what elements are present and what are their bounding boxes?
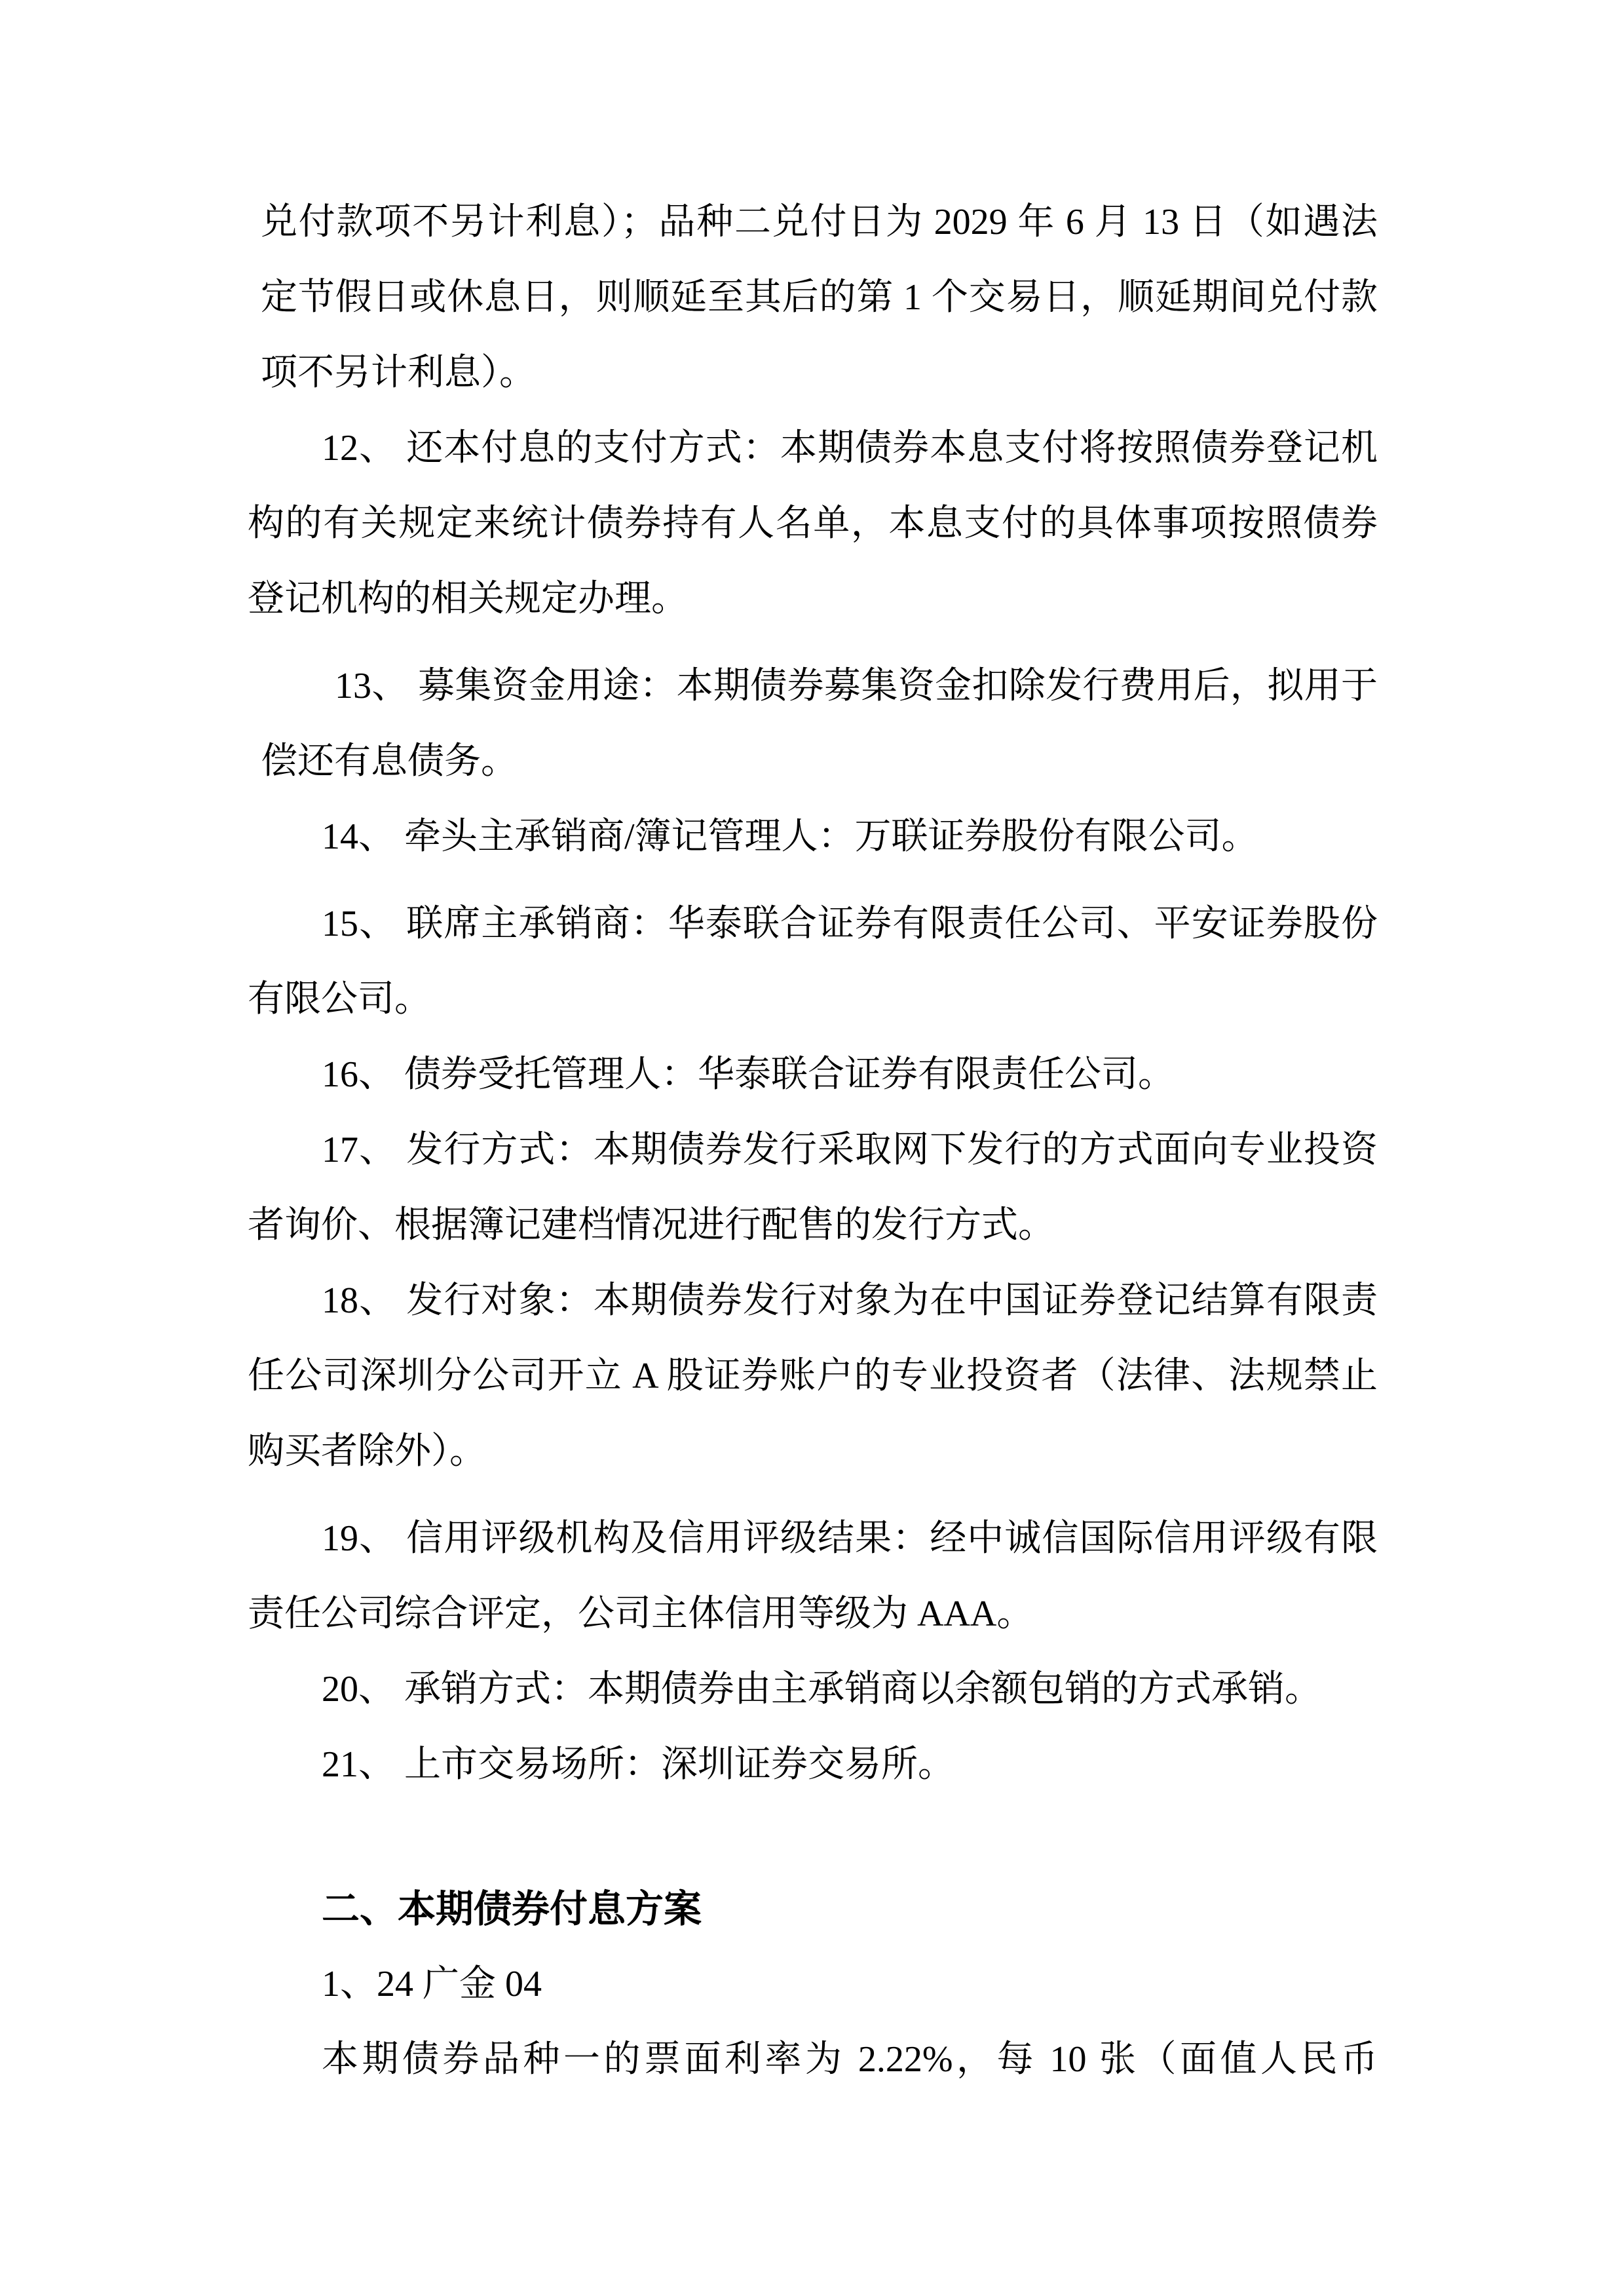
para-continuation: 兑付款项不另计利息）；品种二兑付日为 2029 年 6 月 13 日（如遇法定节… bbox=[248, 185, 1378, 411]
para-item-21: 21、 上市交易场所：深圳证券交易所。 bbox=[248, 1727, 1378, 1803]
para-sub-item-1: 1、24 广金 04 bbox=[248, 1947, 1378, 2022]
para-item-15: 15、 联席主承销商：华泰联合证券有限责任公司、平安证券股份有限公司。 bbox=[248, 887, 1378, 1037]
para-coupon-rate: 本期债券品种一的票面利率为 2.22%，每 10 张（面值人民币 bbox=[248, 2022, 1378, 2097]
para-item-20: 20、 承销方式：本期债券由主承销商以余额包销的方式承销。 bbox=[248, 1652, 1378, 1727]
para-item-17: 17、 发行方式：本期债券发行采取网下发行的方式面向专业投资者询价、根据簿记建档… bbox=[248, 1113, 1378, 1263]
para-item-12: 12、 还本付息的支付方式：本期债券本息支付将按照债券登记机构的有关规定来统计债… bbox=[248, 411, 1378, 637]
para-item-14: 14、 牵头主承销商/簿记管理人：万联证券股份有限公司。 bbox=[248, 799, 1378, 875]
para-item-13: 13、 募集资金用途：本期债券募集资金扣除发行费用后，拟用于偿还有息债务。 bbox=[248, 649, 1378, 799]
document-page: 兑付款项不另计利息）；品种二兑付日为 2029 年 6 月 13 日（如遇法定节… bbox=[0, 0, 1624, 2296]
para-item-19: 19、 信用评级机构及信用评级结果：经中诚信国际信用评级有限责任公司综合评定，公… bbox=[248, 1501, 1378, 1652]
document-body: 兑付款项不另计利息）；品种二兑付日为 2029 年 6 月 13 日（如遇法定节… bbox=[248, 185, 1378, 2097]
section-heading-2: 二、本期债券付息方案 bbox=[248, 1871, 1378, 1947]
para-item-16: 16、 债券受托管理人：华泰联合证券有限责任公司。 bbox=[248, 1037, 1378, 1113]
para-item-18: 18、 发行对象：本期债券发行对象为在中国证券登记结算有限责任公司深圳分公司开立… bbox=[248, 1263, 1378, 1489]
